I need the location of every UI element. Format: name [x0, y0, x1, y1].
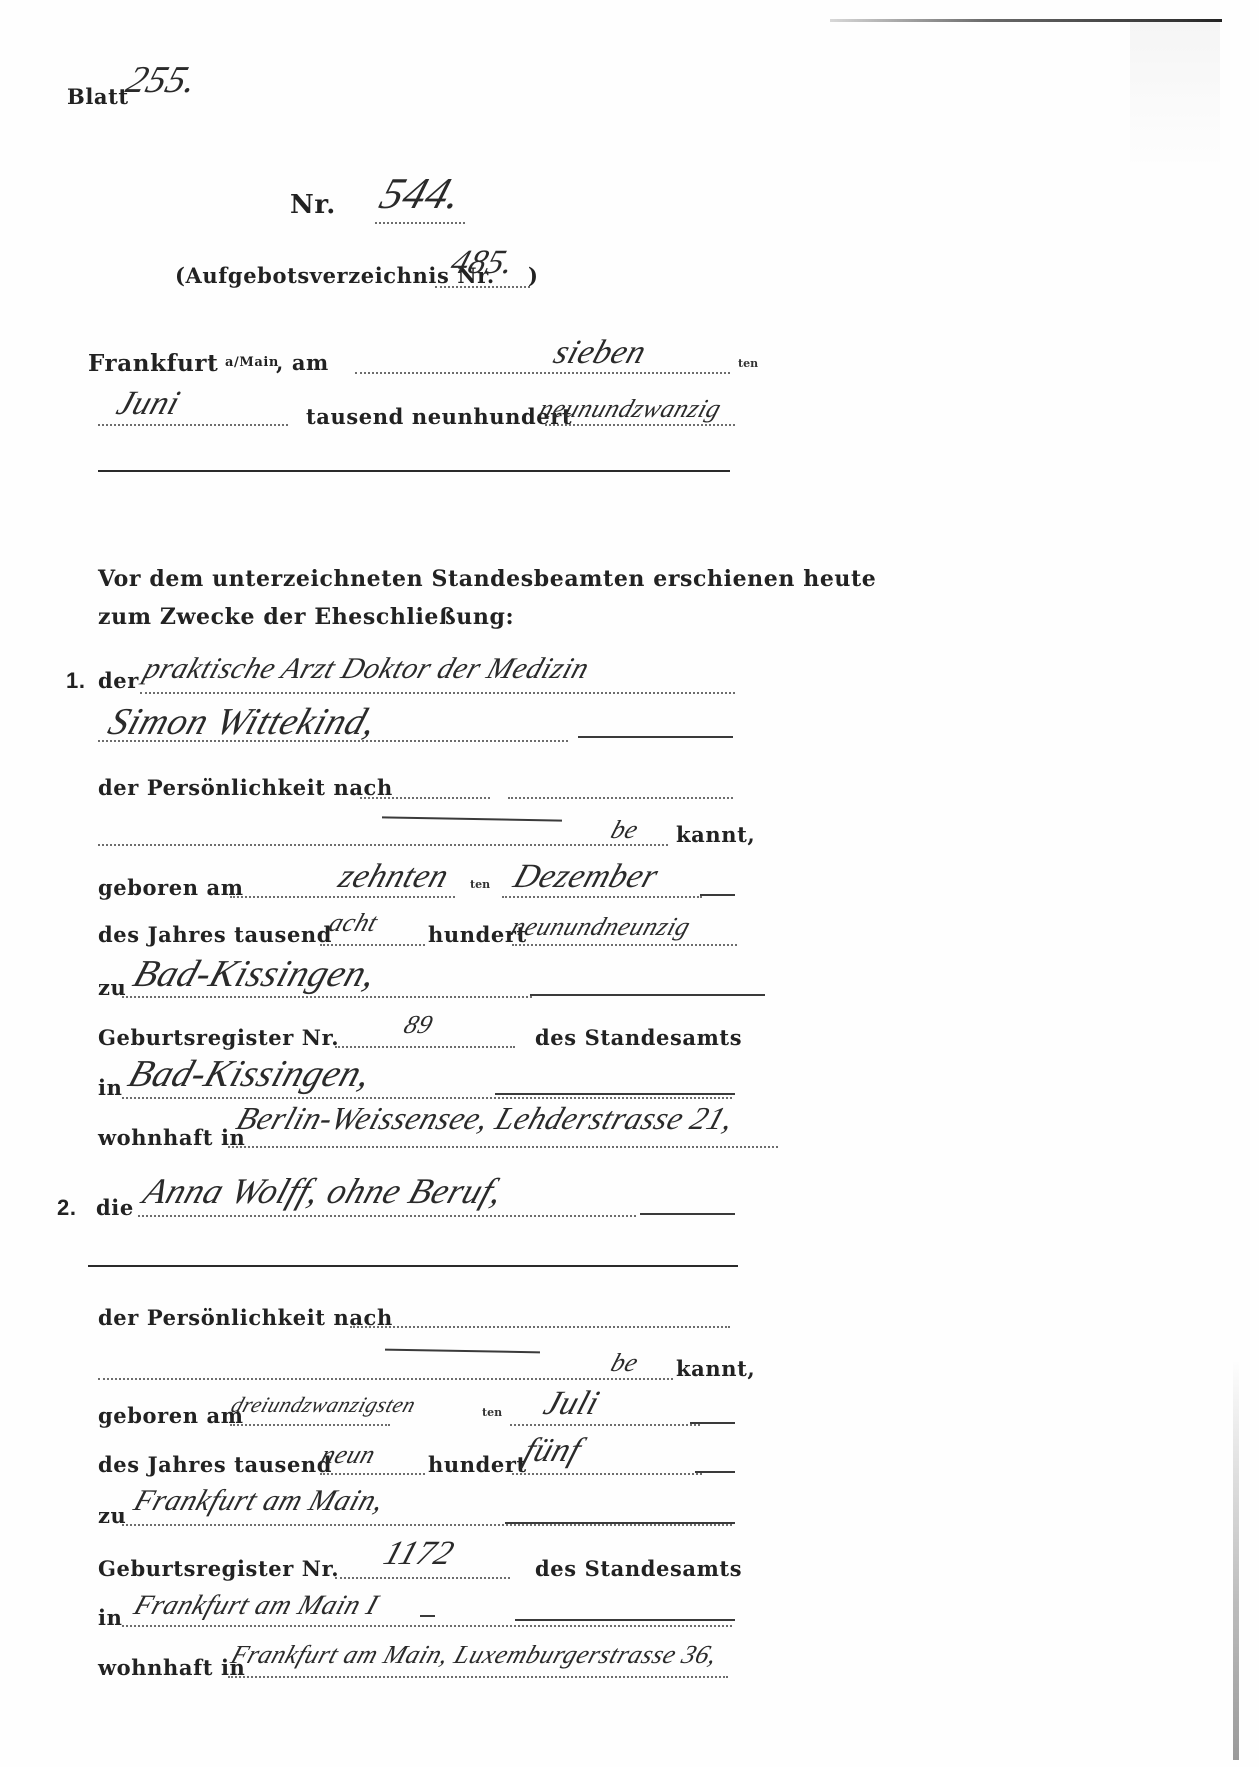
party2-residence: Frankfurt am Main, Luxemburgerstrasse 36…	[227, 1640, 721, 1670]
party2-birth-place: Frankfurt am Main,	[129, 1484, 388, 1518]
blatt-label: Blatt	[67, 84, 129, 109]
party2-geburtsregister-value: 1172	[379, 1535, 459, 1573]
party1-persoenlichkeit-label: der Persönlichkeit nach	[98, 775, 393, 800]
party1-in-label: in	[98, 1075, 122, 1100]
party2-standesamt-value: Frankfurt am Main I	[130, 1590, 382, 1622]
party1-bekannt-label: kannt,	[676, 822, 755, 847]
party1-occupation: praktische Arzt Doktor der Medizin	[139, 652, 593, 686]
header-divider	[98, 470, 730, 472]
party2-jahres-label: des Jahres tausend	[98, 1452, 332, 1477]
party2-name-continuation-line	[88, 1265, 738, 1267]
party2-geboren-label: geboren am	[98, 1403, 244, 1428]
party2-standesamt-label: des Standesamts	[535, 1556, 742, 1581]
page-edge-shadow	[1130, 22, 1220, 172]
party1-birth-century: acht	[325, 908, 382, 938]
party1-birth-year: neunundneunzig	[507, 912, 694, 942]
day-suffix: ten	[738, 357, 758, 370]
nr-label: Nr.	[290, 190, 336, 220]
party1-jahres-label: des Jahres tausend	[98, 922, 332, 947]
party1-birth-ten: ten	[470, 878, 490, 891]
intro-line-2: zum Zwecke der Eheschließung:	[98, 604, 514, 630]
aufgebot-close: )	[528, 263, 539, 288]
party1-geboren-label: geboren am	[98, 875, 244, 900]
party1-residence: Berlin-Weissensee, Lehderstrasse 21,	[232, 1100, 739, 1137]
party2-birth-day: dreiundzwanzigsten	[228, 1392, 419, 1418]
party2-article: die	[96, 1195, 134, 1220]
register-page: Blatt 255. Nr. 544. (Aufgebotsverzeichni…	[0, 0, 1259, 1767]
party1-standesamt-label: des Standesamts	[535, 1025, 742, 1050]
intro-line-1: Vor dem unterzeichneten Standesbeamten e…	[98, 566, 876, 592]
aufgebot-value: 485.	[446, 244, 520, 282]
party2-birth-month: Juli	[539, 1385, 604, 1423]
blatt-value: 255.	[121, 58, 204, 102]
party1-standesamt-value: Bad-Kissingen,	[123, 1052, 378, 1096]
party2-persoenlichkeit-label: der Persönlichkeit nach	[98, 1305, 393, 1330]
party2-birth-century: neun	[317, 1440, 379, 1470]
party2-bekannt-value: be	[607, 1348, 642, 1378]
party2-birth-year: fünf	[519, 1432, 586, 1470]
place-label: Frankfurt	[88, 350, 218, 377]
day-value: sieben	[549, 334, 651, 372]
party1-article: der	[98, 668, 139, 693]
party1-birth-place: Bad-Kissingen,	[128, 952, 383, 996]
party1-geburtsregister-label: Geburtsregister Nr.	[98, 1025, 339, 1050]
nr-value: 544.	[374, 168, 470, 219]
party1-number: 1.	[66, 668, 86, 694]
year-value: neunundzwanzig	[535, 394, 725, 424]
party2-birth-ten: ten	[482, 1406, 502, 1419]
party2-in-label: in	[98, 1605, 122, 1630]
party2-number: 2.	[57, 1195, 77, 1221]
place-suffix: a/Main	[225, 355, 279, 370]
year-label: tausend neunhundert	[306, 404, 572, 429]
party2-wohnhaft-label: wohnhaft in	[98, 1655, 245, 1680]
party2-bekannt-label: kannt,	[676, 1356, 755, 1381]
party1-birth-day: zehnten	[334, 858, 454, 896]
month-value: Juni	[112, 385, 185, 423]
party1-name: Simon Wittekind,	[103, 700, 383, 744]
party1-geburtsregister-value: 89	[400, 1010, 437, 1040]
party2-name: Anna Wolff, ohne Beruf,	[138, 1170, 509, 1212]
am-label: , am	[276, 350, 329, 375]
party1-wohnhaft-label: wohnhaft in	[98, 1125, 245, 1150]
party2-geburtsregister-label: Geburtsregister Nr.	[98, 1556, 339, 1581]
page-edge-right	[1233, 1360, 1239, 1760]
party1-bekannt-value: be	[607, 815, 642, 845]
party1-birth-month: Dezember	[509, 858, 663, 896]
